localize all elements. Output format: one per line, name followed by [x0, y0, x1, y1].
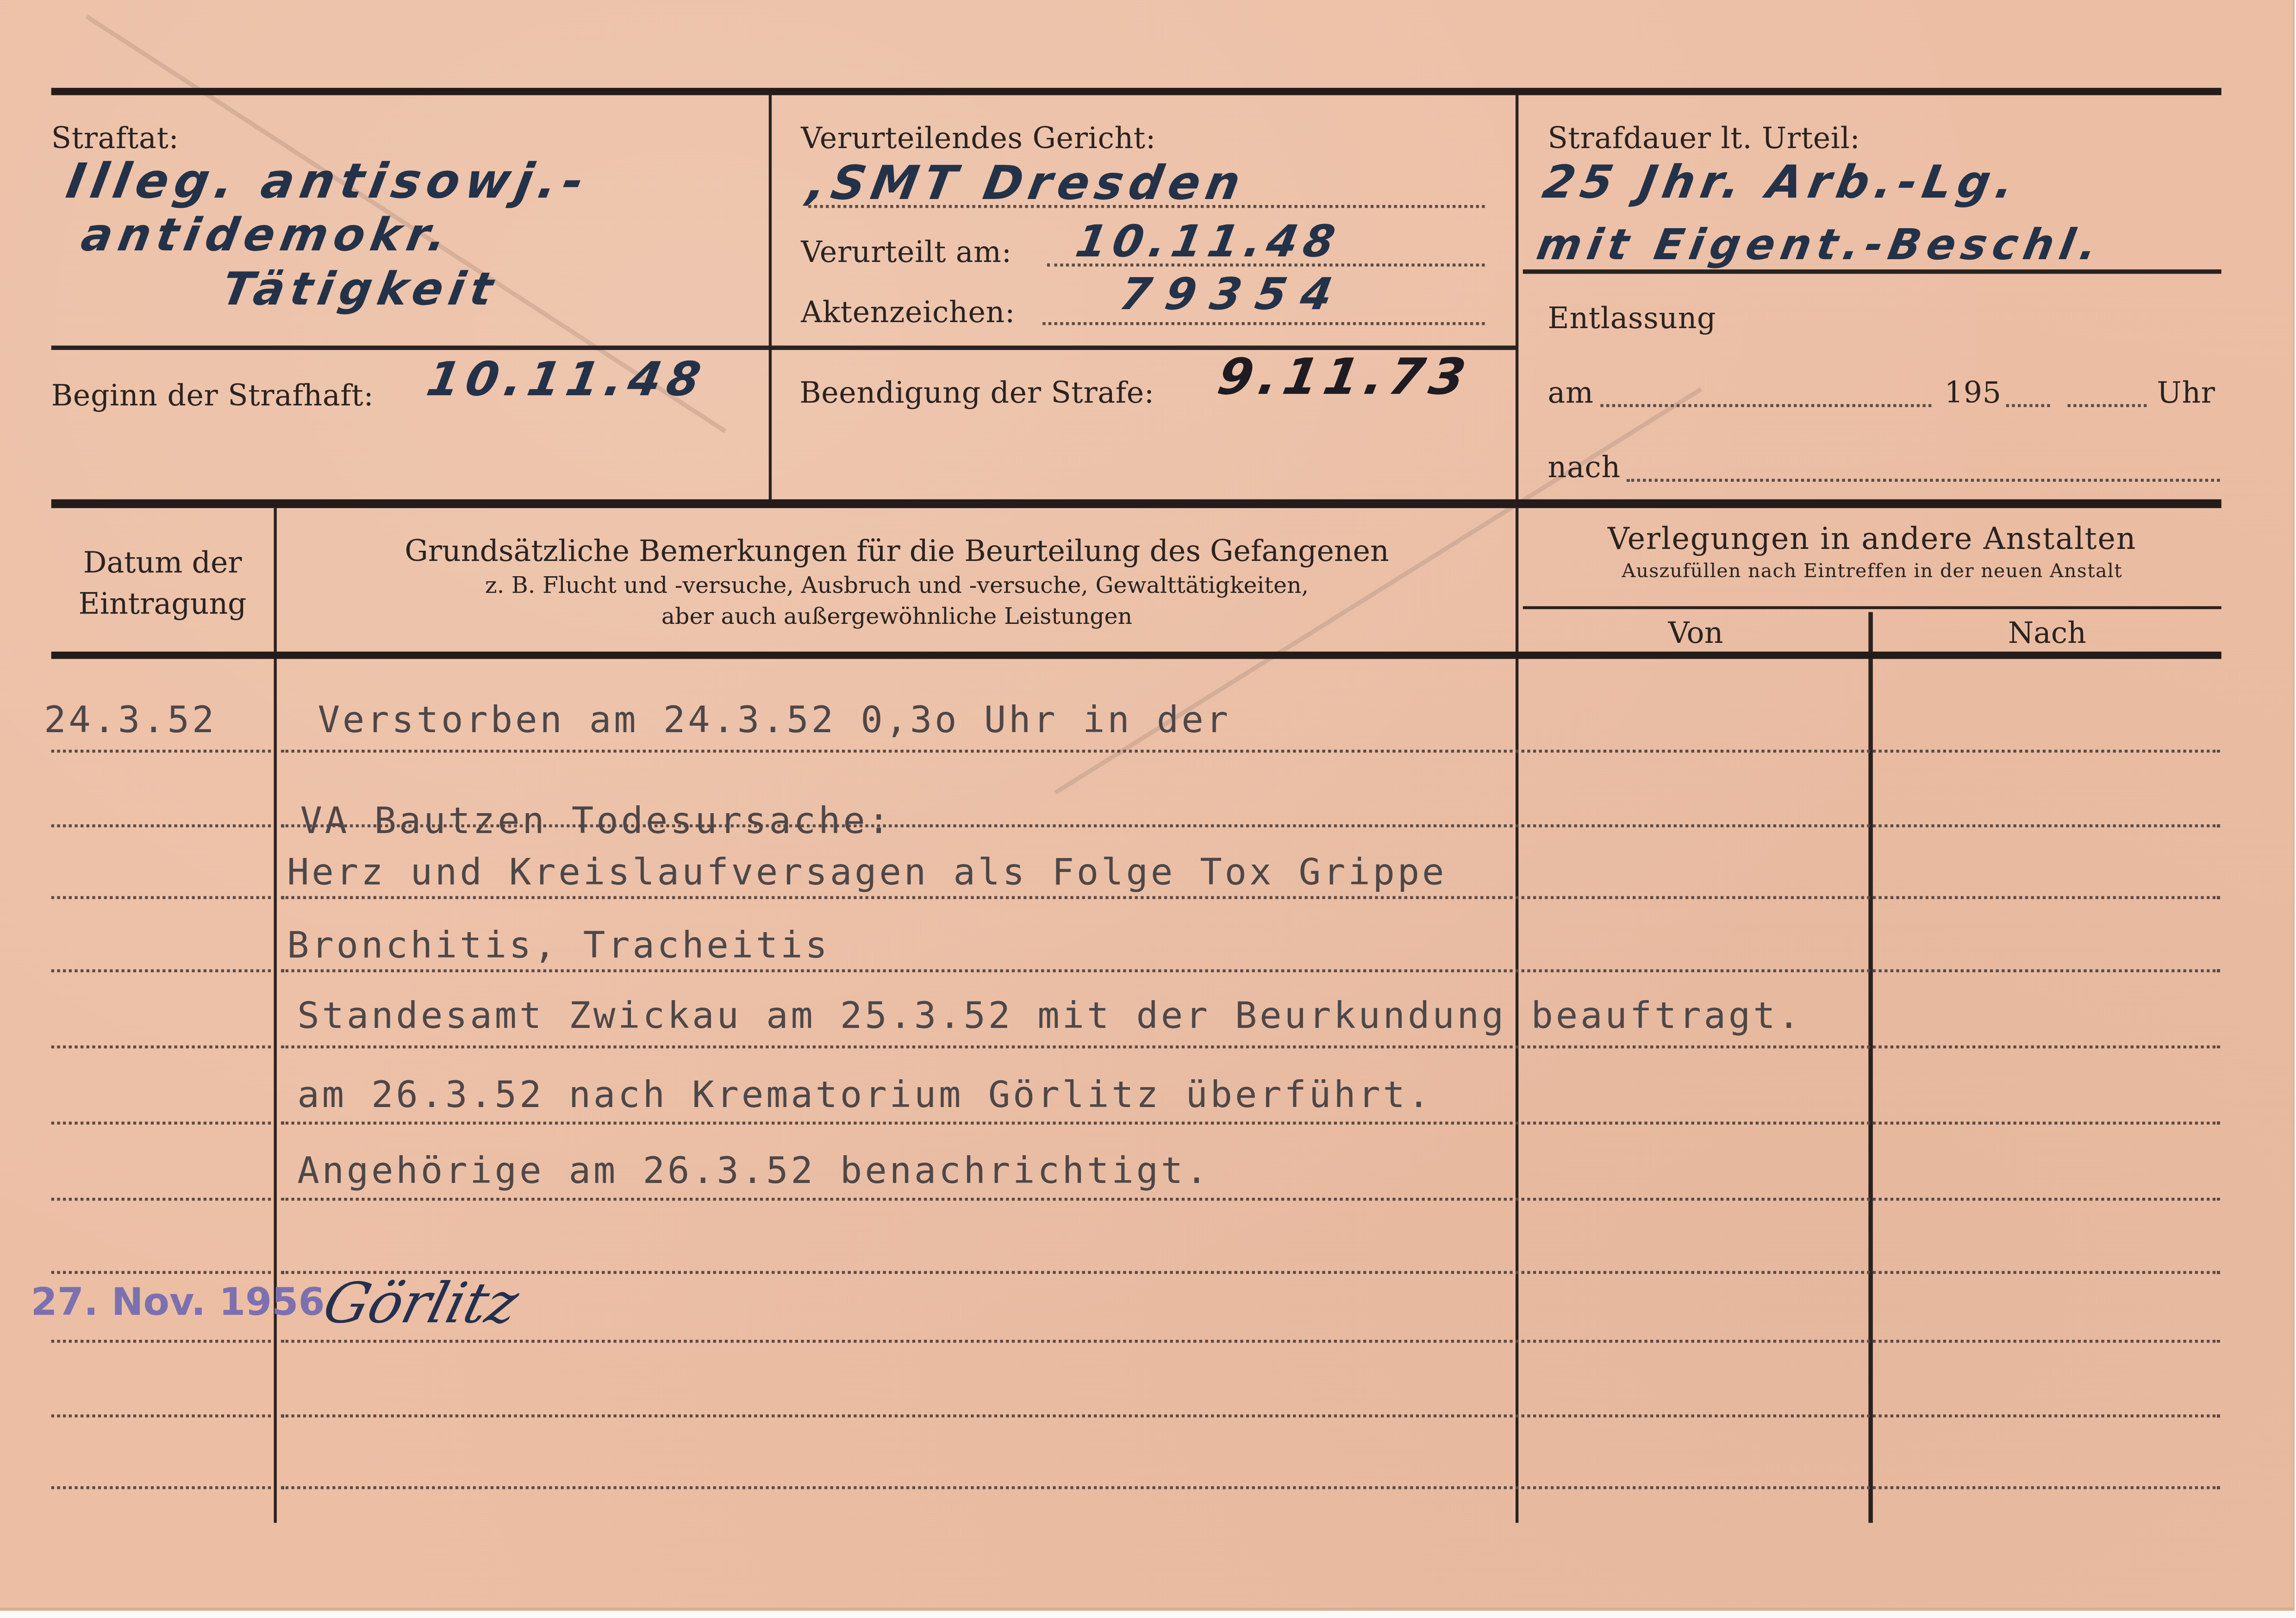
sentence-duration-label: Strafdauer lt. Urteil: — [1548, 120, 1860, 155]
entry-text: am 26.3.52 nach Krematorium Görlitz über… — [297, 1073, 1432, 1116]
release-year-prefix: 195 — [1945, 375, 2002, 410]
sentence-end-label: Beendigung der Strafe: — [799, 375, 1154, 410]
column-divider — [769, 93, 772, 504]
entry-date: 24.3.52 — [44, 698, 217, 741]
entry-text: Herz und Kreislaufversagen als Folge Tox… — [287, 851, 1447, 893]
file-number-label: Aktenzeichen: — [801, 294, 1015, 330]
offense-value-line-3: Tätigkeit — [218, 263, 503, 316]
table-top-rule — [51, 499, 2221, 508]
fill-line — [808, 205, 1485, 208]
to-column-header: Nach — [1873, 615, 2221, 650]
date-column-divider — [274, 508, 277, 1523]
column-divider — [1516, 93, 1518, 504]
entry-text: VA Bautzen Todesursache: — [300, 799, 892, 842]
file-number-value: 79354 — [1116, 269, 1351, 321]
prisoner-record-card: Straftat: Illeg. antisowj.- antidemokr. … — [0, 0, 2295, 1611]
custody-start-value: 10.11.48 — [423, 351, 711, 407]
remarks-header-subtitle: aber auch außergewöhnliche Leistungen — [278, 602, 1516, 632]
sentence-end-value: 9.11.73 — [1213, 348, 1476, 407]
transfers-header-subtitle: Auszufüllen nach Eintreffen in der neuen… — [1523, 560, 2221, 586]
entry-text: Angehörige am 26.3.52 benachrichtigt. — [297, 1150, 1210, 1192]
entry-text: Verstorben am 24.3.52 0,3o Uhr in der — [318, 698, 1230, 741]
court-label: Verurteilendes Gericht: — [801, 120, 1156, 155]
signature: Görlitz — [317, 1271, 525, 1335]
remarks-header-title: Grundsätzliche Bemerkungen für die Beurt… — [278, 530, 1516, 571]
table-header-rule — [51, 652, 2221, 659]
transfers-column-header: Verlegungen in andere Anstalten Auszufül… — [1523, 518, 2221, 586]
offense-label: Straftat: — [51, 120, 179, 155]
remarks-column-header: Grundsätzliche Bemerkungen für die Beurt… — [278, 530, 1516, 632]
entry-text: Standesamt Zwickau am 25.3.52 mit der Be… — [297, 994, 1803, 1037]
from-to-divider — [1868, 612, 1872, 1523]
fill-line — [1042, 322, 1485, 325]
fill-line — [1047, 263, 1485, 266]
date-column-header: Datum der Eintragung — [51, 542, 274, 624]
release-destination-label: nach — [1548, 449, 1621, 485]
entry-text: Bronchitis, Tracheitis — [287, 924, 830, 966]
section-rule — [1523, 269, 2221, 274]
release-time-label: Uhr — [2157, 375, 2215, 410]
transfers-header-title: Verlegungen in andere Anstalten — [1523, 518, 2221, 560]
custody-start-label: Beginn der Strafhaft: — [51, 378, 374, 413]
date-header-line-2: Eintragung — [51, 583, 274, 624]
offense-value-line-2: antidemokr. — [77, 209, 456, 262]
release-destination-input — [1627, 479, 2220, 482]
sentenced-date-label: Verurteilt am: — [801, 234, 1011, 269]
release-year-input — [2006, 404, 2050, 407]
top-rule — [51, 88, 2221, 95]
date-header-line-1: Datum der — [51, 542, 274, 583]
release-date-label: am — [1548, 375, 1594, 410]
date-stamp: 27. Nov. 1956 — [31, 1281, 324, 1325]
sentence-duration-line-1: 25 Jhr. Arb.-Lg. — [1539, 157, 2024, 210]
sentenced-date-value: 10.11.48 — [1072, 217, 1344, 268]
from-column-header: Von — [1523, 615, 1869, 650]
court-value: ,SMT Dresden — [804, 155, 1250, 211]
release-label: Entlassung — [1548, 300, 1716, 336]
transfers-header-rule — [1523, 606, 2221, 609]
offense-value-line-1: Illeg. antisowj.- — [62, 152, 594, 209]
release-date-input — [1600, 404, 1931, 407]
sentence-duration-line-2: mit Eigent.-Beschl. — [1533, 220, 2107, 270]
remarks-header-subtitle: z. B. Flucht und -versuche, Ausbruch und… — [278, 571, 1516, 602]
release-time-input — [2068, 404, 2147, 407]
